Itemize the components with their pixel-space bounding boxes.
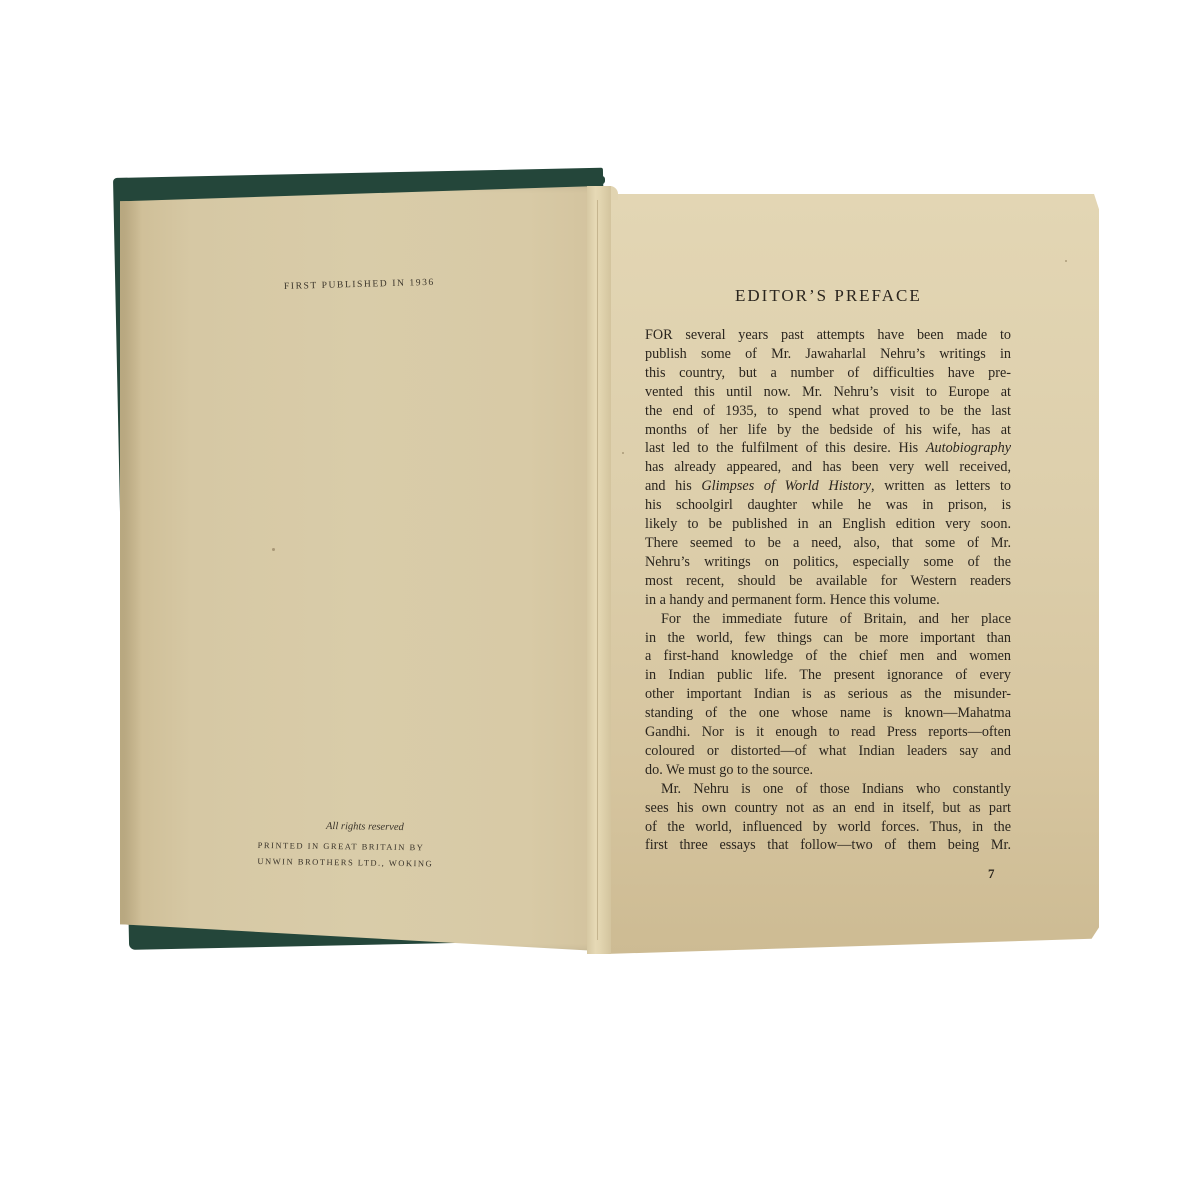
text-fragment: and his <box>645 478 701 494</box>
text-line: most recent, should be available for Wes… <box>645 572 1011 591</box>
text-line: in Indian public life. The present ignor… <box>645 666 1011 685</box>
printer-line-2: UNWIN BROTHERS LTD., WOKING <box>257 853 467 872</box>
book-gutter <box>587 186 611 954</box>
text-line: has already appeared, and has been very … <box>645 458 1011 477</box>
text-line: months of her life by the bedside of his… <box>645 421 1011 440</box>
paper-speck <box>272 548 275 551</box>
page-edge-shadow <box>120 186 142 951</box>
page-number: 7 <box>988 866 995 882</box>
text-line: in the world, few things can be more imp… <box>645 629 1011 648</box>
text-line: Mr. Nehru is one of those Indians who co… <box>645 780 1011 799</box>
text-line: his schoolgirl daughter while he was in … <box>645 496 1011 515</box>
text-line: coloured or distorted—of what Indian lea… <box>645 742 1011 761</box>
text-line: of the world, influenced by world forces… <box>645 818 1011 837</box>
page-title: EDITOR’S PREFACE <box>735 286 922 306</box>
text-line: in a handy and permanent form. Hence thi… <box>645 591 1011 610</box>
paper-speck <box>1065 260 1067 262</box>
book-title-glimpses: Glimpses of World History <box>701 478 871 494</box>
preface-body: FOR several years past attempts have bee… <box>645 326 1011 855</box>
text-line: vented this until now. Mr. Nehru’s visit… <box>645 383 1011 402</box>
text-fragment: last led to the fulfilment of this desir… <box>645 440 926 456</box>
text-line: There seemed to be a need, also, that so… <box>645 534 1011 553</box>
rights-reserved: All rights reserved <box>258 820 468 834</box>
paper-speck <box>622 452 624 454</box>
text-line: likely to be published in an English edi… <box>645 515 1011 534</box>
text-line: other important Indian is as serious as … <box>645 685 1011 704</box>
text-line: sees his own country not as an end in it… <box>645 799 1011 818</box>
text-line: a first-hand knowledge of the chief men … <box>645 647 1011 666</box>
text-line: this country, but a number of difficulti… <box>645 364 1011 383</box>
book-cover-edge <box>560 176 605 184</box>
text-line: first three essays that follow—two of th… <box>645 836 1011 855</box>
text-line: publish some of Mr. Jawaharlal Nehru’s w… <box>645 345 1011 364</box>
text-line: do. We must go to the source. <box>645 761 1011 780</box>
text-fragment: , written as letters to <box>871 478 1011 494</box>
imprint-block: All rights reserved PRINTED IN GREAT BRI… <box>257 820 468 872</box>
text-line: For the immediate future of Britain, and… <box>645 610 1011 629</box>
text-line: last led to the fulfilment of this desir… <box>645 439 1011 458</box>
text-line: and his Glimpses of World History, writt… <box>645 477 1011 496</box>
text-line: the end of 1935, to spend what proved to… <box>645 402 1011 421</box>
text-line: FOR several years past attempts have bee… <box>645 326 1011 345</box>
text-line: Gandhi. Nor is it enough to read Press r… <box>645 723 1011 742</box>
text-line: standing of the one whose name is known—… <box>645 704 1011 723</box>
book-title-autobiography: Autobiography <box>926 440 1011 456</box>
text-line: Nehru’s writings on politics, especially… <box>645 553 1011 572</box>
gutter-fold <box>597 200 598 940</box>
open-book: FIRST PUBLISHED IN 1936 All rights reser… <box>0 0 1200 1200</box>
